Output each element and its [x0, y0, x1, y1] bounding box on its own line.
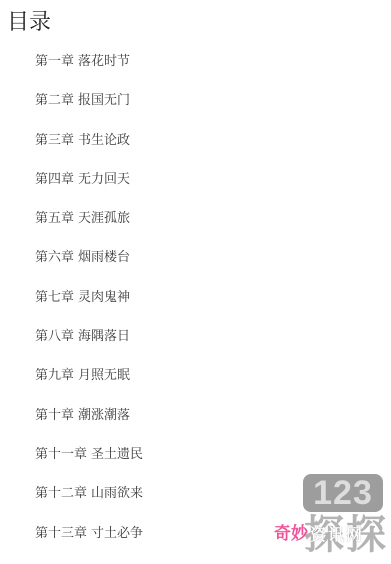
chapter-number: 第一章 — [35, 54, 74, 69]
watermark-badge: 123 — [303, 474, 383, 512]
chapter-title: 书生论政 — [78, 133, 130, 148]
chapter-number: 第五章 — [35, 211, 74, 226]
chapter-number: 第十二章 — [35, 486, 87, 501]
chapter-link-10[interactable]: 第十章潮涨潮落 — [35, 406, 143, 445]
chapter-list: 第一章落花时节 第二章报国无门 第三章书生论政 第四章无力回天 第五章天涯孤旅 … — [35, 52, 143, 563]
chapter-link-12[interactable]: 第十二章山雨欲来 — [35, 484, 143, 523]
watermark-big-text: 探探 — [304, 512, 388, 558]
chapter-number: 第十章 — [35, 408, 74, 423]
chapter-number: 第七章 — [35, 290, 74, 305]
chapter-link-1[interactable]: 第一章落花时节 — [35, 52, 143, 91]
chapter-link-6[interactable]: 第六章烟雨楼台 — [35, 248, 143, 287]
watermark-pink-text: 奇妙 — [274, 524, 308, 544]
chapter-link-13[interactable]: 第十三章寸土必争 — [35, 524, 143, 563]
chapter-link-4[interactable]: 第四章无力回天 — [35, 170, 143, 209]
watermark: 123 探探 奇妙 资讯网 — [270, 474, 391, 564]
chapter-number: 第九章 — [35, 368, 74, 383]
chapter-title: 圣土遗民 — [91, 447, 143, 462]
chapter-number: 第四章 — [35, 172, 74, 187]
chapter-title: 天涯孤旅 — [78, 211, 130, 226]
chapter-title: 烟雨楼台 — [78, 250, 130, 265]
chapter-link-3[interactable]: 第三章书生论政 — [35, 131, 143, 170]
chapter-link-11[interactable]: 第十一章圣土遗民 — [35, 445, 143, 484]
chapter-title: 海隅落日 — [78, 329, 130, 344]
watermark-white-text: 资讯网 — [310, 525, 364, 545]
chapter-title: 无力回天 — [78, 172, 130, 187]
chapter-title: 潮涨潮落 — [78, 408, 130, 423]
chapter-title: 寸土必争 — [91, 526, 143, 541]
chapter-number: 第二章 — [35, 93, 74, 108]
chapter-number: 第十一章 — [35, 447, 87, 462]
page-title: 目录 — [7, 9, 51, 37]
chapter-number: 第十三章 — [35, 526, 87, 541]
chapter-number: 第八章 — [35, 329, 74, 344]
chapter-link-2[interactable]: 第二章报国无门 — [35, 91, 143, 130]
chapter-title: 落花时节 — [78, 54, 130, 69]
chapter-title: 月照无眠 — [78, 368, 130, 383]
chapter-link-8[interactable]: 第八章海隅落日 — [35, 327, 143, 366]
chapter-link-7[interactable]: 第七章灵肉鬼神 — [35, 288, 143, 327]
chapter-title: 报国无门 — [78, 93, 130, 108]
chapter-number: 第三章 — [35, 133, 74, 148]
chapter-title: 灵肉鬼神 — [78, 290, 130, 305]
chapter-link-5[interactable]: 第五章天涯孤旅 — [35, 209, 143, 248]
chapter-number: 第六章 — [35, 250, 74, 265]
chapter-link-9[interactable]: 第九章月照无眠 — [35, 366, 143, 405]
chapter-title: 山雨欲来 — [91, 486, 143, 501]
